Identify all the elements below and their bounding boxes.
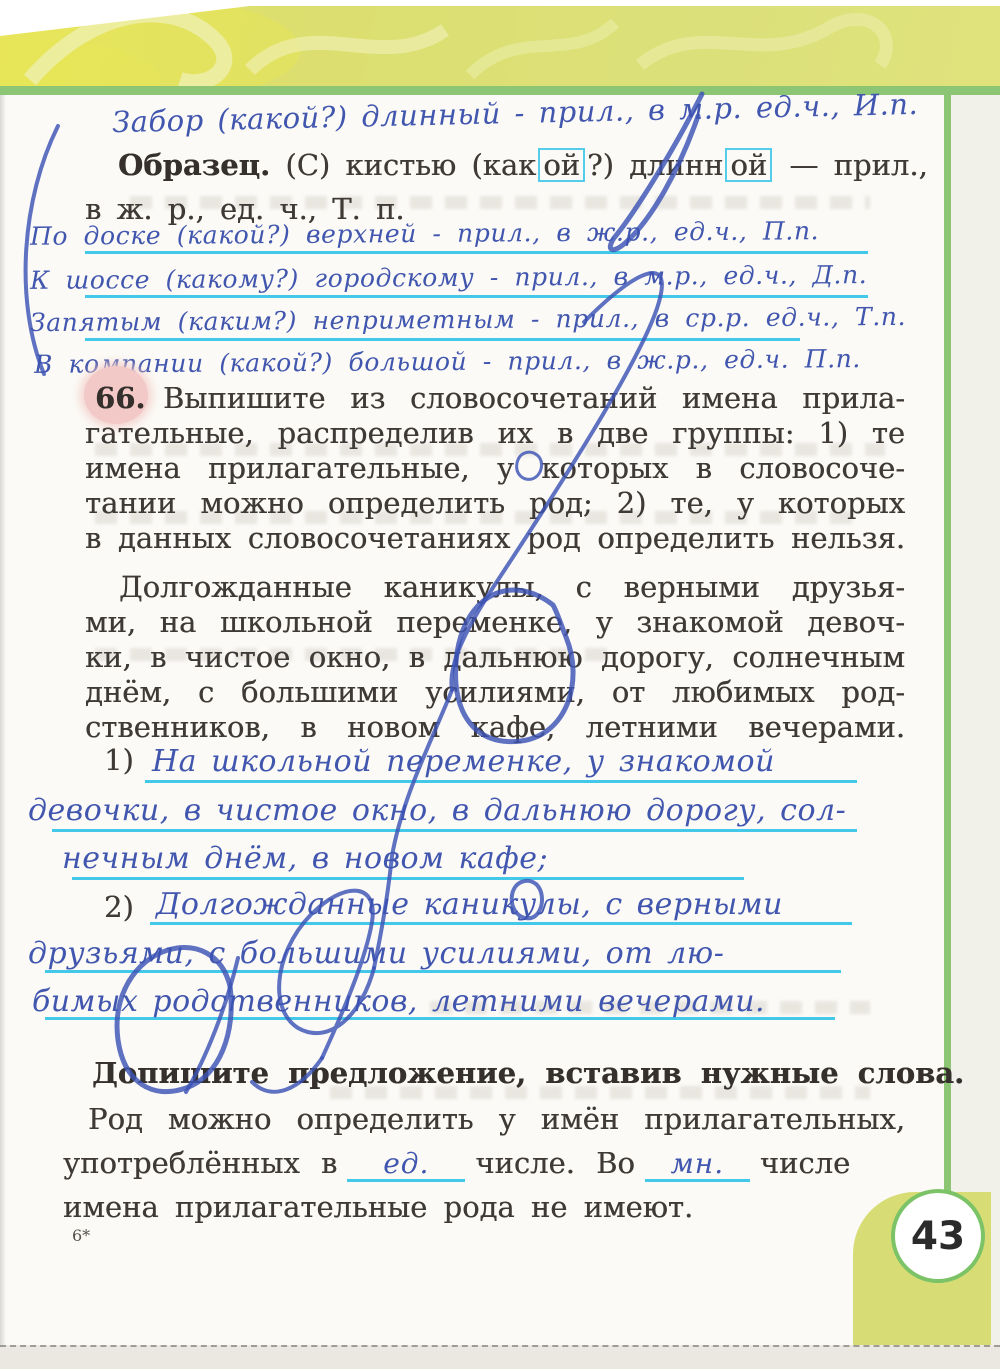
writing-rule bbox=[150, 922, 852, 925]
answer-2-handwriting: бимых родственников, летними вечерами. bbox=[32, 984, 765, 1019]
completion-line-2: употреблённых вед.числе. Вомн.числе bbox=[63, 1146, 850, 1182]
handwriting-row: Запятым (каким?) неприметным - прил., в … bbox=[30, 302, 906, 337]
handwriting-row: К шоссе (какому?) городскому - прил., в … bbox=[30, 260, 867, 295]
completion-line-1: Род можно определить у имён прилагательн… bbox=[88, 1102, 905, 1138]
ending-box-1: ой bbox=[538, 148, 585, 182]
right-margin bbox=[951, 95, 1000, 1345]
writing-rule bbox=[85, 295, 868, 298]
completion-heading: Допишите предложение, вставив нужные сло… bbox=[92, 1056, 964, 1091]
word-list-line: ственников, в новом кафе, летними вечера… bbox=[85, 710, 905, 745]
scan-top-edge bbox=[0, 0, 1000, 6]
answer-1-label: 1) bbox=[104, 743, 134, 777]
print-signature: 6* bbox=[72, 1226, 90, 1245]
completion-text: Род можно определить у имён прилагательн… bbox=[88, 1102, 905, 1138]
word-list-line: ми, на школьной переменке, у знакомой де… bbox=[85, 605, 905, 640]
writing-rule bbox=[52, 829, 857, 832]
writing-rule bbox=[85, 251, 868, 254]
scan-left-edge bbox=[0, 95, 6, 1345]
writing-rule bbox=[72, 877, 744, 880]
answer-1-handwriting: На школьной переменке, у знакомой bbox=[152, 744, 775, 779]
workbook-page: Забор (какой?) длинный - прил., в м.р. е… bbox=[0, 0, 1000, 1369]
sample-label: Образец. bbox=[118, 148, 270, 182]
page-number: 43 bbox=[891, 1189, 985, 1283]
handwriting-row: В компании (какой?) большой - прил., в ж… bbox=[34, 344, 861, 379]
sample-text-1: (С) кистью (как bbox=[270, 148, 536, 182]
completion-line-3: имена прилагательные рода не имеют. bbox=[63, 1190, 693, 1225]
answer-2-label: 2) bbox=[104, 890, 134, 924]
answer-1-handwriting: нечным днём, в новом кафе; bbox=[62, 841, 548, 876]
sample-text-2: ?) длинн bbox=[587, 148, 723, 182]
word-list-line: Долгожданные каникулы, с верными друзья- bbox=[85, 570, 905, 605]
answer-2-handwriting: Долгожданные каникулы, с верными bbox=[156, 887, 783, 922]
answer-1-handwriting: девочки, в чистое окно, в дальнюю дорогу… bbox=[28, 793, 846, 828]
fill-in-blank-2: мн. bbox=[645, 1149, 750, 1182]
writing-rule bbox=[145, 780, 857, 783]
writing-rule bbox=[85, 338, 800, 341]
completion-text: числе bbox=[760, 1146, 850, 1180]
exercise-line: гательные, распределив их в две группы: … bbox=[85, 416, 905, 451]
exercise-line: в данных словосочетаниях род определить … bbox=[85, 521, 905, 556]
sample-line-1: Образец. (С) кистью (какой?) длинной — п… bbox=[118, 148, 928, 183]
answer-2-handwriting: друзьями, с большими усилиями, от лю- bbox=[28, 936, 724, 971]
fill-in-blank-1: ед. bbox=[347, 1149, 465, 1182]
margin-rule bbox=[944, 95, 951, 1191]
sample-text-3: — прил., bbox=[774, 148, 928, 182]
exercise-line: имена прилагательные, у которых в словос… bbox=[85, 451, 905, 486]
word-list: Долгожданные каникулы, с верными друзья-… bbox=[85, 570, 905, 745]
scan-bottom-edge bbox=[0, 1345, 1000, 1369]
completion-text: употреблённых в bbox=[63, 1146, 337, 1180]
exercise-line: тании можно определить род; 2) те, у кот… bbox=[85, 486, 905, 521]
word-list-line: ки, в чистое окно, в дальнюю дорогу, сол… bbox=[85, 640, 905, 675]
word-list-line: днём, с большими усилиями, от любимых ро… bbox=[85, 675, 905, 710]
ending-box-2: ой bbox=[725, 148, 772, 182]
handwriting-row: По доске (какой?) верхней - прил., в ж.р… bbox=[30, 216, 819, 251]
exercise-text: Выпишите из словосочетаний имена прила- … bbox=[85, 381, 905, 556]
completion-text: числе. Во bbox=[475, 1146, 635, 1180]
exercise-line: Выпишите из словосочетаний имена прила- bbox=[85, 381, 905, 416]
